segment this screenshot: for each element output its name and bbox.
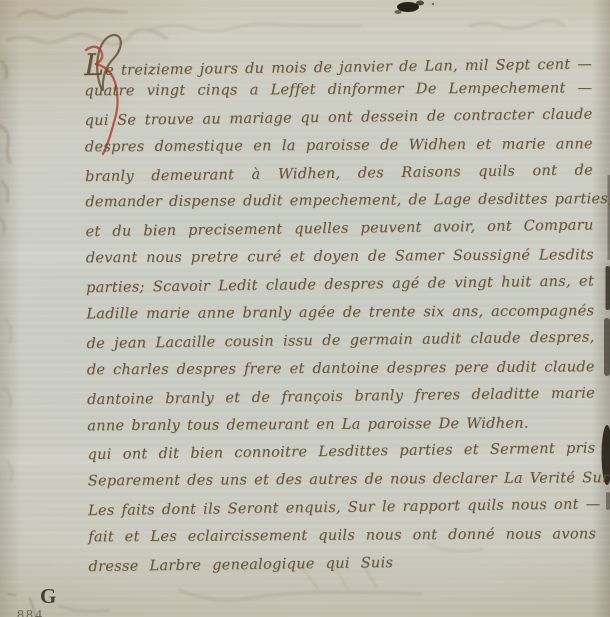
manuscript-text: Le treizieme jours du mois de janvier de… [84, 47, 597, 581]
archive-number: 884 [17, 608, 44, 617]
manuscript-line: despres domestique en la paroisse de Wid… [85, 131, 593, 162]
manuscript-line: de charles despres frere et dantoine des… [87, 354, 595, 385]
manuscript-scan: Le treizieme jours du mois de janvier de… [0, 0, 610, 617]
manuscript-line: dantoine branly et de françois branly fr… [87, 380, 595, 415]
manuscript-line: dresse Larbre genealogique qui Suis [88, 547, 596, 582]
manuscript-line: qui Se trouve au mariage qu ont dessein … [84, 101, 592, 136]
archive-letter-stamp: G [40, 584, 57, 609]
